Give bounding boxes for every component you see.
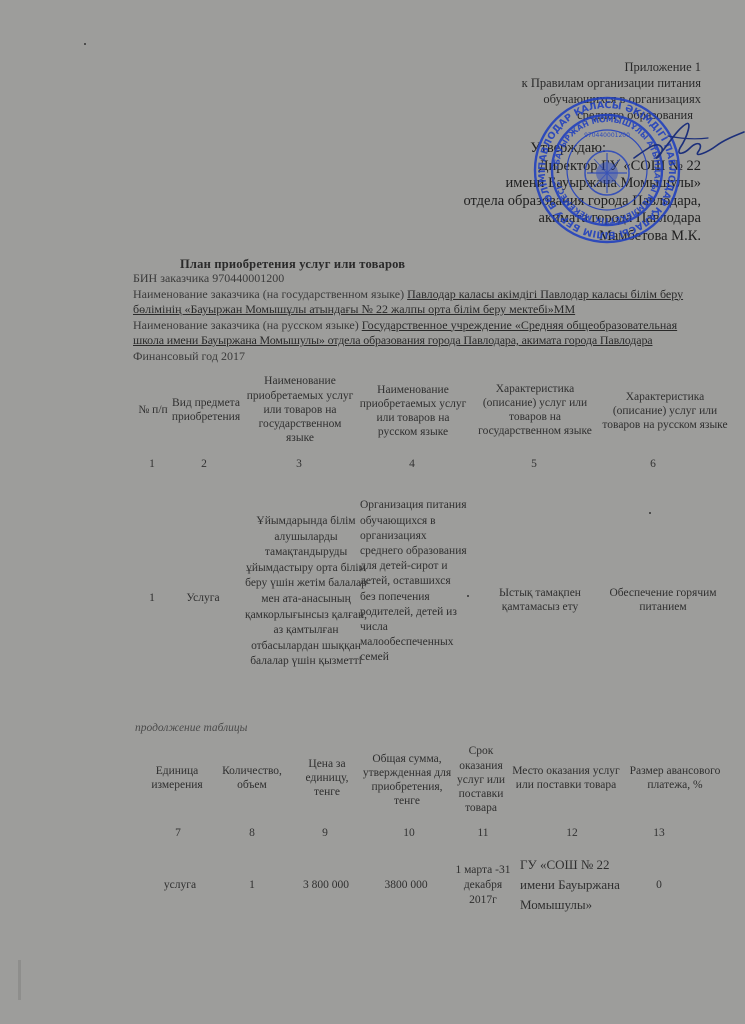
scanned-document-page: Приложение 1 к Правилам организации пита… — [0, 0, 745, 1024]
row-advance: 0 — [652, 875, 666, 895]
row-quantity: 1 — [240, 875, 264, 895]
header-quantity: Количество, объем — [212, 758, 292, 798]
header-unit-price: Цена за единицу, тенге — [292, 750, 362, 806]
row-place: ГУ «СОШ № 22 имени Бауыржана Момышулы» — [520, 840, 620, 930]
column-number: 7 — [170, 826, 186, 840]
header-advance: Размер авансового платежа, % — [620, 750, 730, 806]
column-number: 10 — [398, 826, 420, 840]
row-unit-price: 3 800 000 — [290, 875, 362, 895]
procurement-table-part2: Единица измерения Количество, объем Цена… — [0, 0, 745, 1000]
header-unit: Единица измерения — [142, 758, 212, 798]
header-total: Общая сумма, утвержденная для приобретен… — [362, 738, 452, 822]
row-term: 1 марта -31 декабря 2017г — [455, 855, 511, 915]
column-number: 12 — [563, 826, 581, 840]
scan-speck — [84, 43, 86, 45]
header-place: Место оказания услуг или поставки товара — [512, 750, 620, 806]
row-unit: услуга — [150, 875, 210, 895]
column-number: 13 — [650, 826, 668, 840]
column-number: 9 — [317, 826, 333, 840]
scan-speck — [467, 595, 469, 597]
scan-edge — [18, 960, 21, 1000]
row-total: 3800 000 — [368, 875, 444, 895]
header-term: Срок оказания услуг или поставки товара — [450, 738, 512, 822]
column-number: 8 — [244, 826, 260, 840]
column-number: 11 — [474, 826, 492, 840]
scan-speck — [649, 512, 651, 514]
